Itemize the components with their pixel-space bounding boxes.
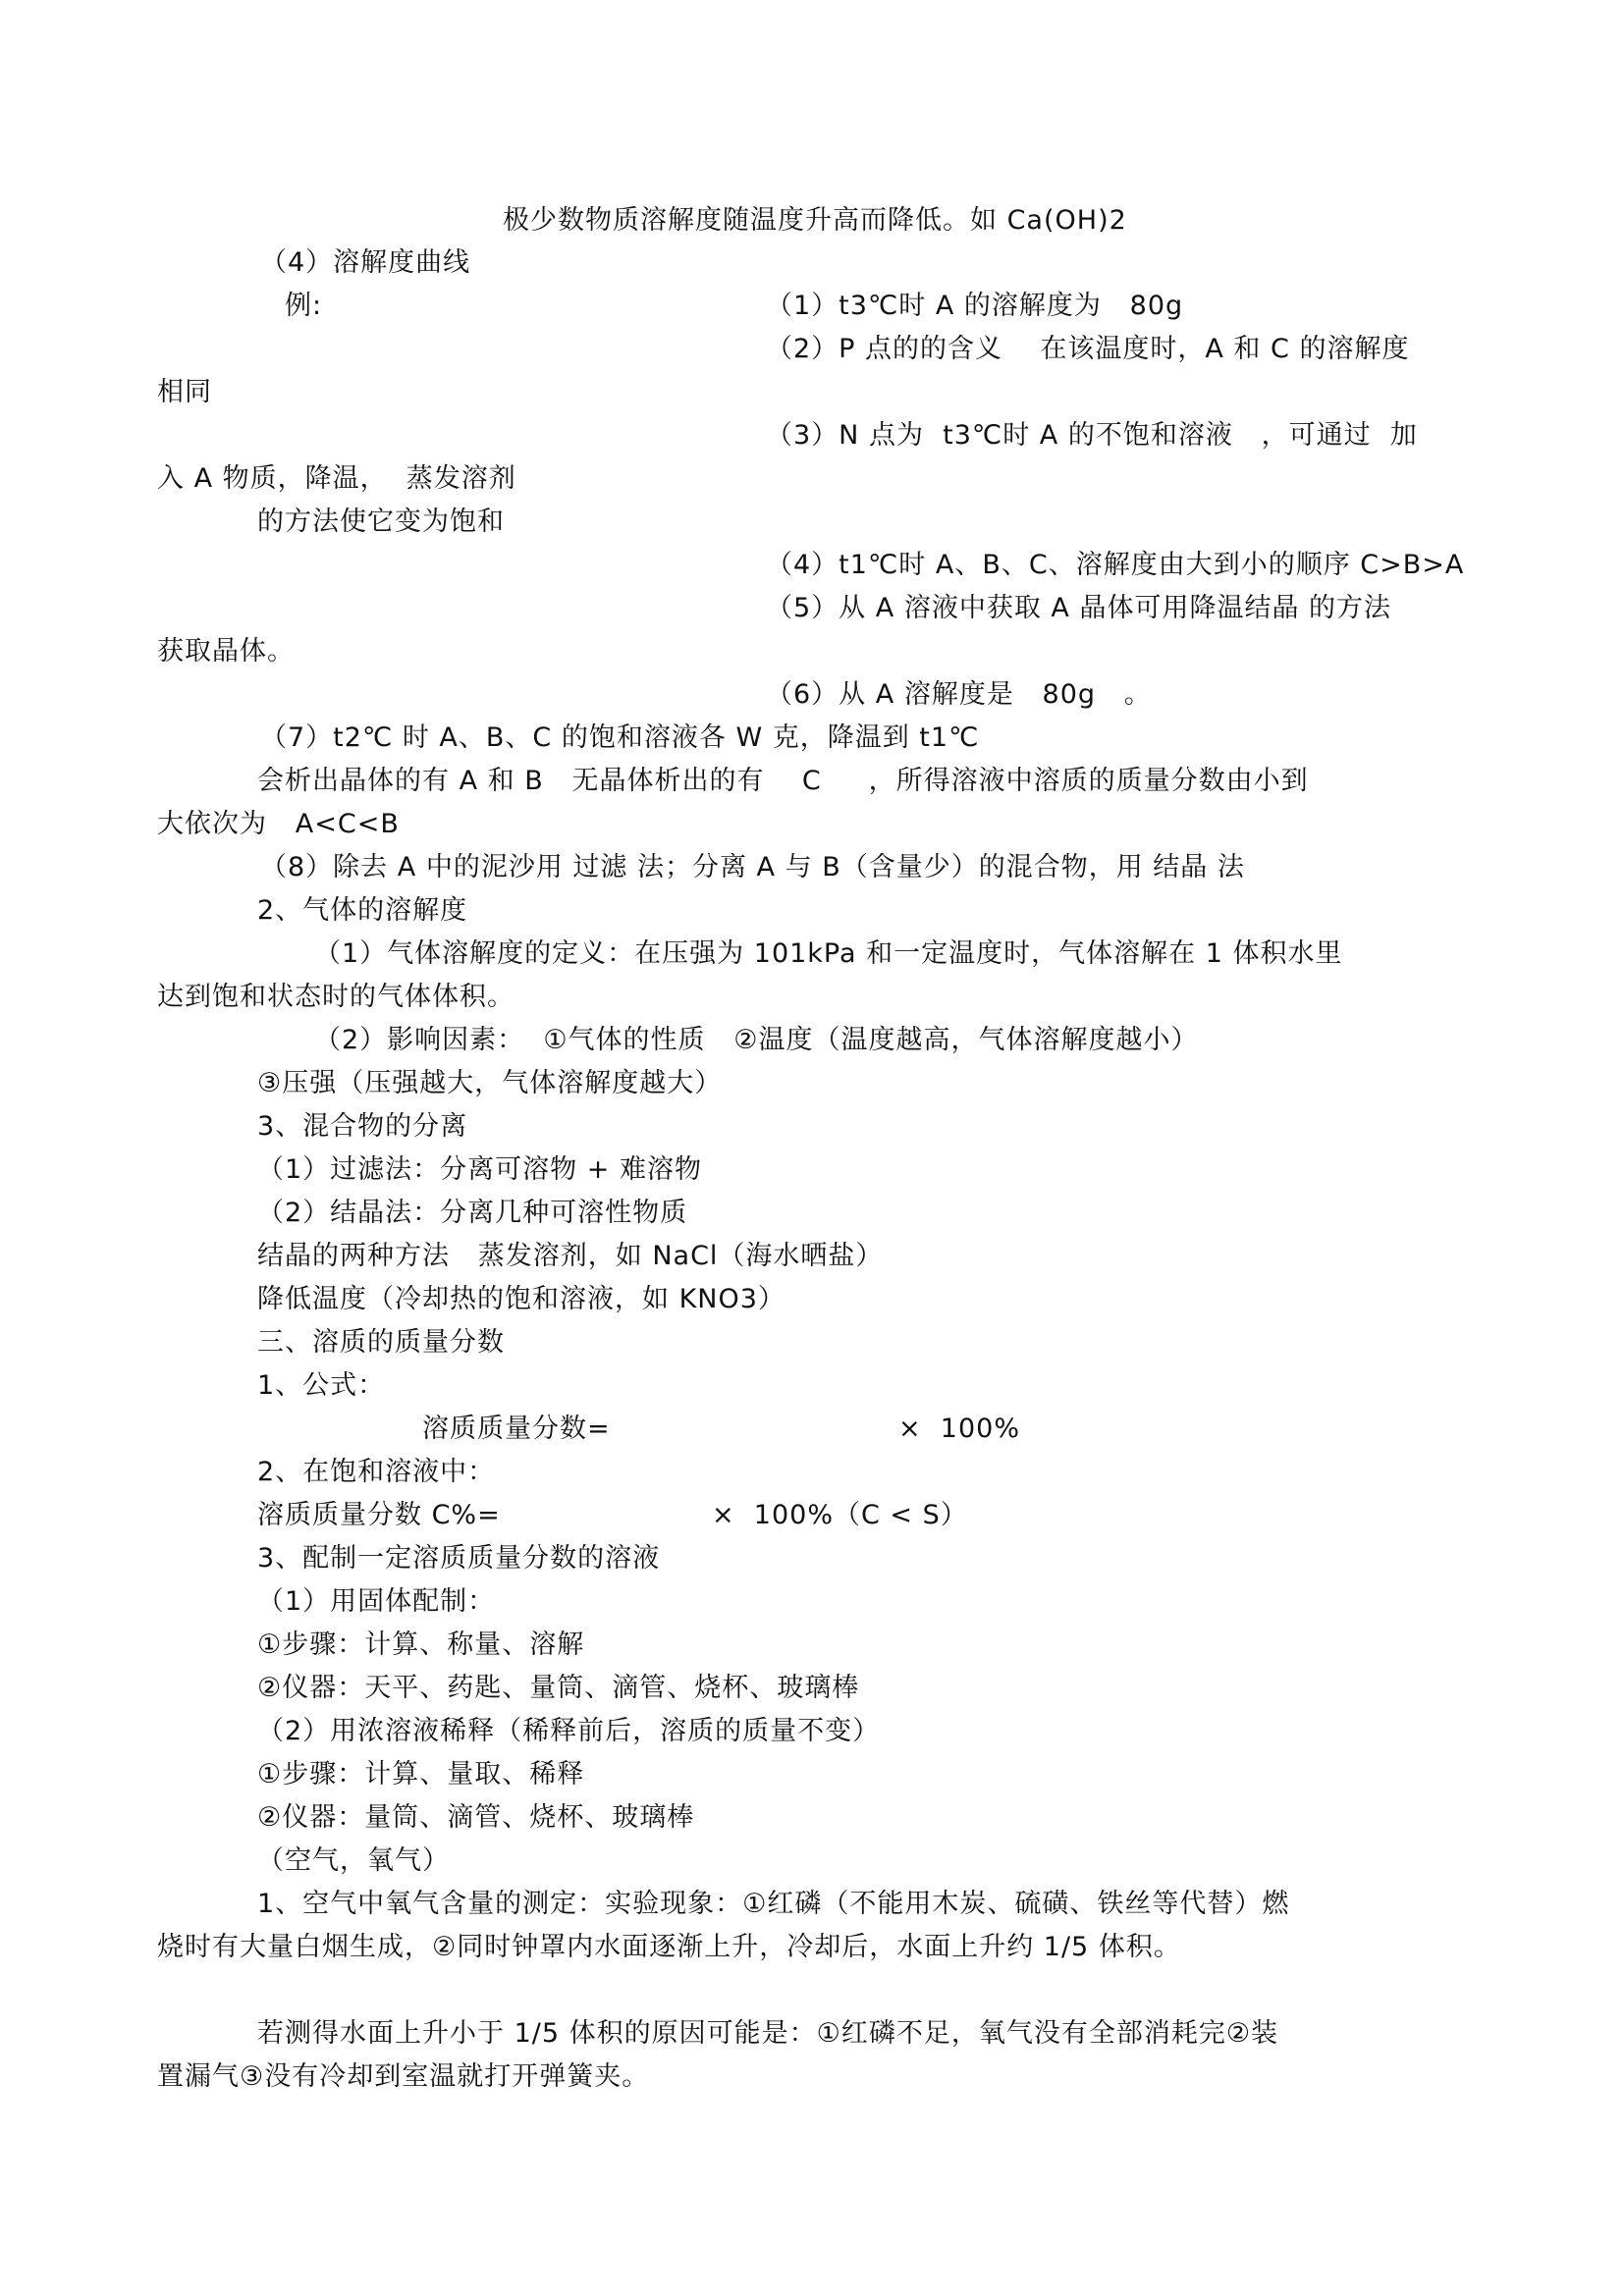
question-3-cont2: 的方法使它变为饱和 (257, 506, 505, 539)
question-5: （5）从 A 溶液中获取 A 晶体可用降温结晶 的方法 (766, 592, 1391, 625)
influencing-factors-cont: ③压强（压强越大，气体溶解度越大） (257, 1067, 722, 1100)
question-3-cont: 入 A 物质，降温， 蒸发溶剂 (157, 462, 516, 496)
question-8: （8）除去 A 中的泥沙用 过滤 法；分离 A 与 B（含量少）的混合物，用 结… (260, 851, 1245, 884)
question-7: （7）t2℃ 时 A、B、C 的饱和溶液各 W 克，降温到 t1℃ (260, 721, 979, 755)
text-line-solubility-decrease: 极少数物质溶解度随温度升高而降低。如 Ca(OH)2 (503, 204, 1127, 238)
error-reasons-cont: 置漏气③没有冷却到室温就打开弹簧夹。 (157, 2060, 649, 2094)
gas-solubility-definition: （1）气体溶解度的定义：在压强为 101kPa 和一定温度时，气体溶解在 1 体… (314, 937, 1342, 971)
heading-gas-solubility: 2、气体的溶解度 (257, 894, 467, 928)
heading-air-oxygen: （空气，氧气） (257, 1844, 450, 1878)
heading-prepare-solution: 3、配制一定溶质质量分数的溶液 (257, 1542, 660, 1575)
question-7-cont2: 大依次为 A<C<B (157, 808, 400, 841)
solid-preparation: （1）用固体配制： (257, 1585, 495, 1619)
saturated-formula-left: 溶质质量分数 C%= (257, 1499, 501, 1532)
filtration-method: （1）过滤法：分离可溶物 + 难溶物 (257, 1153, 702, 1187)
formula-left: 溶质质量分数= (422, 1413, 611, 1446)
question-2-cont: 相同 (157, 376, 212, 409)
crystallization-two-methods: 结晶的两种方法 蒸发溶剂，如 NaCl（海水晒盐） (257, 1240, 883, 1273)
oxygen-measurement-cont: 烧时有大量白烟生成，②同时钟罩内水面逐渐上升，冷却后，水面上升约 1/5 体积。 (157, 1931, 1181, 1964)
oxygen-measurement: 1、空气中氧气含量的测定：实验现象：①红磷（不能用木炭、硫磺、铁丝等代替）燃 (257, 1888, 1289, 1921)
dilution-instruments: ②仪器：量筒、滴管、烧杯、玻璃棒 (257, 1801, 694, 1835)
question-2: （2）P 点的的含义 在该温度时，A 和 C 的溶解度 (766, 333, 1409, 366)
cooling-method: 降低温度（冷却热的饱和溶液，如 KNO3） (257, 1283, 785, 1316)
question-3: （3）N 点为 t3℃时 A 的不饱和溶液 ，可通过 加 (766, 419, 1418, 453)
heading-mixture-separation: 3、混合物的分离 (257, 1110, 467, 1144)
question-4: （4）t1℃时 A、B、C、溶解度由大到小的顺序 C>B>A (766, 549, 1464, 582)
saturated-solution-label: 2、在饱和溶液中： (257, 1456, 495, 1489)
influencing-factors: （2）影响因素： ①气体的性质 ②温度（温度越高，气体溶解度越小） (314, 1024, 1199, 1057)
error-reasons: 若测得水面上升小于 1/5 体积的原因可能是：①红磷不足，氧气没有全部消耗完②装 (257, 2017, 1278, 2051)
saturated-formula-right: × 100%（C < S） (712, 1499, 968, 1532)
formula-label: 1、公式： (257, 1369, 385, 1403)
question-5-cont: 获取晶体。 (157, 635, 295, 668)
formula-right: × 100% (898, 1413, 1020, 1446)
dilution-steps: ①步骤：计算、量取、稀释 (257, 1758, 584, 1791)
solid-instruments: ②仪器：天平、药匙、量筒、滴管、烧杯、玻璃棒 (257, 1672, 859, 1705)
solid-steps: ①步骤：计算、称量、溶解 (257, 1629, 584, 1662)
heading-mass-fraction: 三、溶质的质量分数 (257, 1326, 505, 1360)
crystallization-method: （2）结晶法：分离几种可溶性物质 (257, 1197, 687, 1230)
heading-solubility-curve: （4）溶解度曲线 (260, 246, 470, 280)
question-7-cont: 会析出晶体的有 A 和 B 无晶体析出的有 C ，所得溶液中溶质的质量分数由小到 (257, 765, 1309, 798)
question-1: （1）t3℃时 A 的溶解度为 80g (766, 290, 1183, 323)
dilution-preparation: （2）用浓溶液稀释（稀释前后，溶质的质量不变） (257, 1715, 880, 1748)
gas-solubility-definition-cont: 达到饱和状态时的气体体积。 (157, 981, 514, 1014)
question-6: （6）从 A 溶解度是 80g 。 (766, 678, 1152, 712)
example-label: 例: (285, 290, 322, 323)
